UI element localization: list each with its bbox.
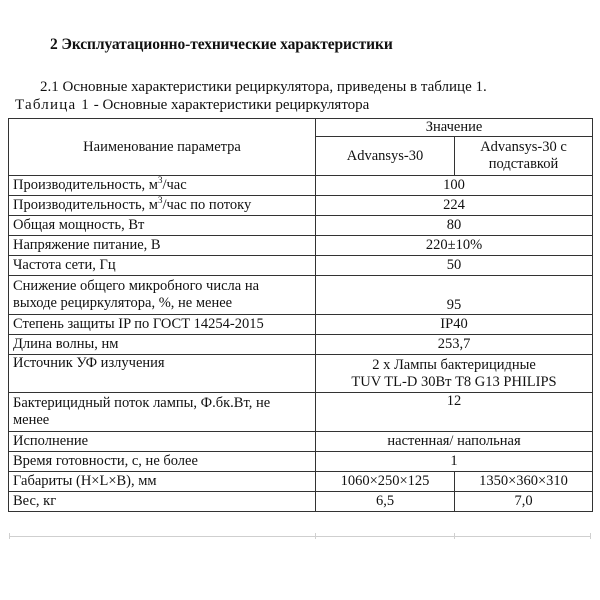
value-cell: 220±10% xyxy=(316,236,593,256)
header-model-2-line2: подставкой xyxy=(489,156,559,172)
table-row: Снижение общего микробного числа навыход… xyxy=(9,276,593,315)
table-row: Вес, кг 6,5 7,0 xyxy=(9,492,593,512)
value-cell-model-1: 1060×250×125 xyxy=(316,472,455,492)
section-heading: 2 Эксплуатационно-технические характерис… xyxy=(50,36,393,54)
table-row: Исполнение настенная/ напольная xyxy=(9,432,593,452)
table-caption-label: Таблица 1 xyxy=(15,97,90,113)
param-cell: Источник УФ излучения xyxy=(9,355,316,393)
value-cell: 80 xyxy=(316,216,593,236)
value-cell: 50 xyxy=(316,256,593,276)
param-cell: Производительность, м3/час по потоку xyxy=(9,196,316,216)
value-cell: 95 xyxy=(316,276,593,315)
header-model-1: Advansys-30 xyxy=(316,137,455,176)
value-cell: настенная/ напольная xyxy=(316,432,593,452)
table-caption: Таблица 1 - Основные характеристики реци… xyxy=(15,97,369,114)
param-cell: Напряжение питание, В xyxy=(9,236,316,256)
param-cell: Габариты (H×L×B), мм xyxy=(9,472,316,492)
param-cell: Исполнение xyxy=(9,432,316,452)
table-row: Габариты (H×L×B), мм 1060×250×125 1350×3… xyxy=(9,472,593,492)
table-row: Степень защиты IP по ГОСТ 14254-2015 IP4… xyxy=(9,315,593,335)
header-model-2-line1: Advansys-30 с xyxy=(480,139,567,155)
value-cell: 253,7 xyxy=(316,335,593,355)
param-cell: Время готовности, с, не более xyxy=(9,452,316,472)
param-cell: Длина волны, нм xyxy=(9,335,316,355)
faint-tick xyxy=(590,533,591,539)
table-row: Напряжение питание, В 220±10% xyxy=(9,236,593,256)
faint-next-row-border xyxy=(9,536,591,537)
param-cell: Вес, кг xyxy=(9,492,316,512)
table-row: Время готовности, с, не более 1 xyxy=(9,452,593,472)
param-cell: Снижение общего микробного числа навыход… xyxy=(9,276,316,315)
table-row: Производительность, м3/час по потоку 224 xyxy=(9,196,593,216)
value-cell-model-1: 6,5 xyxy=(316,492,455,512)
table-row: Производительность, м3/час 100 xyxy=(9,176,593,196)
table-row: Бактерицидный поток лампы, Ф.бк.Вт, неме… xyxy=(9,393,593,432)
param-cell: Общая мощность, Вт xyxy=(9,216,316,236)
param-cell: Степень защиты IP по ГОСТ 14254-2015 xyxy=(9,315,316,335)
value-cell: 1 xyxy=(316,452,593,472)
param-cell: Производительность, м3/час xyxy=(9,176,316,196)
table-row: Частота сети, Гц 50 xyxy=(9,256,593,276)
table-header-row: Наименование параметра Значение xyxy=(9,119,593,137)
table-row: Источник УФ излучения 2 х Лампы бактериц… xyxy=(9,355,593,393)
value-cell: 224 xyxy=(316,196,593,216)
value-cell: 2 х Лампы бактерицидныеTUV TL-D 30Вт T8 … xyxy=(316,355,593,393)
faint-tick xyxy=(454,533,455,539)
value-cell: 12 xyxy=(316,393,593,432)
value-cell-model-2: 1350×360×310 xyxy=(455,472,593,492)
faint-tick xyxy=(9,533,10,539)
intro-paragraph: 2.1 Основные характеристики рециркулятор… xyxy=(40,79,487,96)
header-model-2: Advansys-30 сподставкой xyxy=(455,137,593,176)
table-row: Длина волны, нм 253,7 xyxy=(9,335,593,355)
value-cell: 100 xyxy=(316,176,593,196)
table-caption-text: - Основные характеристики рециркулятора xyxy=(90,97,369,113)
header-param: Наименование параметра xyxy=(9,119,316,176)
spec-table: Наименование параметра Значение Advansys… xyxy=(8,118,593,512)
faint-tick xyxy=(315,533,316,539)
value-cell: IP40 xyxy=(316,315,593,335)
header-value-group: Значение xyxy=(316,119,593,137)
table-row: Общая мощность, Вт 80 xyxy=(9,216,593,236)
param-cell: Бактерицидный поток лампы, Ф.бк.Вт, неме… xyxy=(9,393,316,432)
param-cell: Частота сети, Гц xyxy=(9,256,316,276)
value-cell-model-2: 7,0 xyxy=(455,492,593,512)
